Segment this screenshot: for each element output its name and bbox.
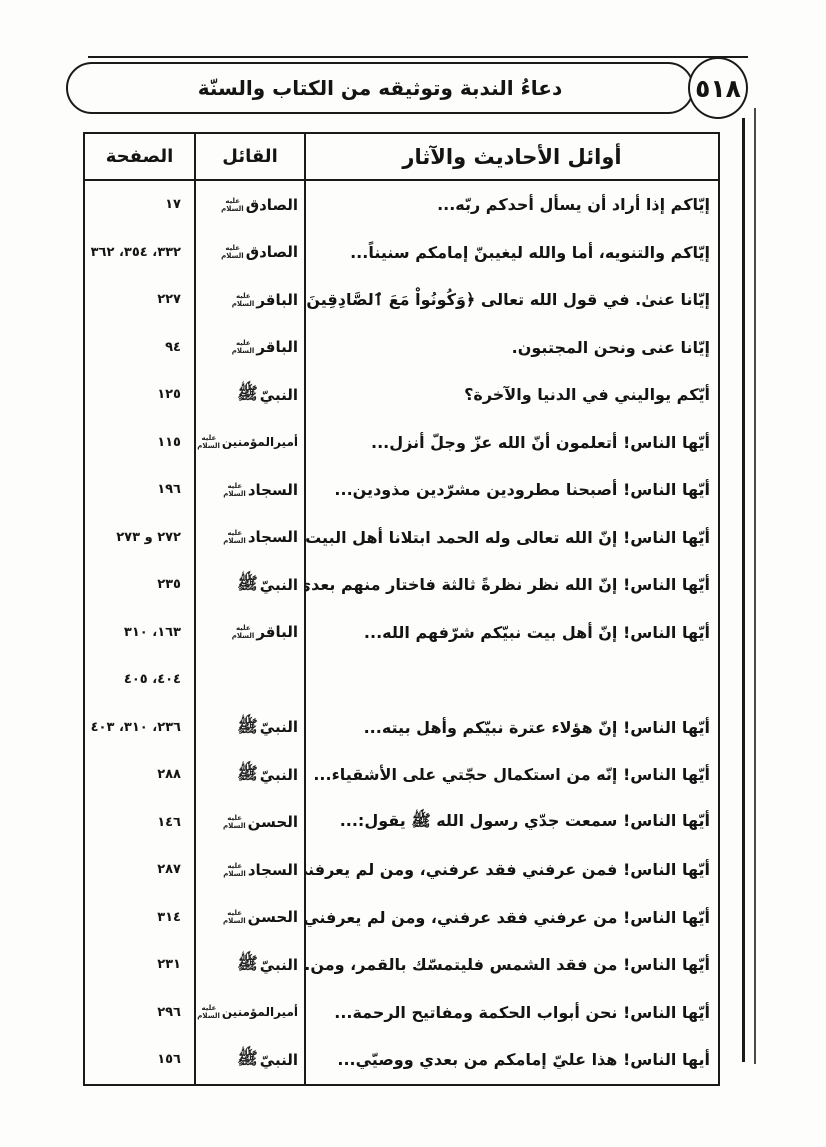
- chapter-title: دعاءُ الندبة وتوثيقه من الكتاب والسنّة: [198, 76, 562, 100]
- honorific-symbol: ﷺ: [237, 576, 258, 593]
- page-number-badge: ٥١٨: [688, 57, 748, 119]
- margin-rule-outer: [754, 108, 756, 1064]
- speaker-cell: الصادقعليه السلام: [194, 181, 304, 229]
- page-number-cell: ٢٣٥: [85, 561, 194, 609]
- table-row: أيها الناس! هذا عليّ إمامكم من بعدي ووصي…: [85, 1036, 718, 1084]
- speaker-name: الباقر: [256, 291, 298, 309]
- table-row: أيّها الناس! إنّ هؤلاء عترة نبيّكم وأهل …: [85, 704, 718, 752]
- hadith-text: أيّها الناس! إنّ أهل بيت نبيّكم شرّفهم ا…: [304, 609, 718, 657]
- speaker-name: السجاد: [248, 528, 298, 546]
- hadith-text: أيّها الناس! إنّ الله نظر نظرةً ثالثة فا…: [304, 561, 718, 609]
- honorific-symbol: عليه السلام: [232, 624, 254, 640]
- speaker-cell: النبيّﷺ: [194, 561, 304, 609]
- honorific-symbol: ﷺ: [237, 956, 258, 973]
- honorific-symbol: ﷺ: [237, 386, 258, 403]
- speaker-cell: النبيّﷺ: [194, 704, 304, 752]
- hadith-text: إيّاكم إذا أراد أن يسأل أحدكم ربّه...: [304, 181, 718, 229]
- book-page: دعاءُ الندبة وتوثيقه من الكتاب والسنّة ٥…: [0, 0, 826, 1147]
- header-rule: [88, 56, 748, 58]
- page-number-cell: ٢٧٢ و ٢٧٣: [85, 514, 194, 562]
- table-row: أيّكم يواليني في الدنيا والآخرة؟ النبيّﷺ…: [85, 371, 718, 419]
- hadith-text: أيّها الناس! من عرفني فقد عرفني، ومن لم …: [304, 894, 718, 942]
- speaker-name: الحسن: [248, 908, 298, 926]
- table-row: إيّانا عنى ونحن المجتبون. الباقرعليه الس…: [85, 324, 718, 372]
- speaker-cell: الباقرعليه السلام: [194, 324, 304, 372]
- speaker-name: الحسن: [248, 813, 298, 831]
- chapter-title-box: دعاءُ الندبة وتوثيقه من الكتاب والسنّة: [66, 62, 694, 114]
- speaker-name: أميرالمؤمنين: [222, 435, 298, 449]
- speaker-cell: الحسنعليه السلام: [194, 894, 304, 942]
- honorific-symbol: عليه السلام: [232, 339, 254, 355]
- speaker-cell: السجادعليه السلام: [194, 846, 304, 894]
- speaker-name: الصادق: [246, 243, 298, 261]
- speaker-cell: الصادقعليه السلام: [194, 229, 304, 277]
- page-number-cell: ٢٣٦، ٣١٠، ٤٠٣: [85, 704, 194, 752]
- page-number-cell: ١٥٦: [85, 1036, 194, 1084]
- hadith-text: أيّها الناس! إنّ هؤلاء عترة نبيّكم وأهل …: [304, 704, 718, 752]
- speaker-name: الباقر: [256, 338, 298, 356]
- hadith-text: أيّكم يواليني في الدنيا والآخرة؟: [304, 371, 718, 419]
- table-row: أيّها الناس! إنّه من استكمال حجّتي على ا…: [85, 751, 718, 799]
- page-number: ٥١٨: [695, 74, 741, 103]
- speaker-name: السجاد: [248, 861, 298, 879]
- honorific-symbol: عليه السلام: [222, 244, 244, 260]
- table-row: إيّانا عنىٰ. في قول الله تعالى ﴿وَكُونُو…: [85, 276, 718, 324]
- honorific-symbol: ﷺ: [237, 766, 258, 783]
- hadith-text: أيّها الناس! أصبحنا مطرودين مشرّدين مذود…: [304, 466, 718, 514]
- honorific-symbol: عليه السلام: [222, 197, 244, 213]
- honorific-symbol: ﷺ: [237, 719, 258, 736]
- honorific-symbol: عليه السلام: [224, 862, 246, 878]
- page-number-cell: ١١٥: [85, 419, 194, 467]
- hadith-text: أيّها الناس! أتعلمون أنّ الله عزّ وجلّ أ…: [304, 419, 718, 467]
- honorific-symbol: عليه السلام: [224, 909, 246, 925]
- table-header-row: أوائل الأحاديث والآثار القائل الصفحة: [85, 134, 718, 181]
- page-number-cell: ٢٩٦: [85, 989, 194, 1037]
- margin-rule-inner: [742, 118, 745, 1062]
- page-number-cell: ٤٠٤، ٤٠٥: [85, 656, 194, 704]
- speaker-name: النبيّ: [260, 718, 298, 736]
- speaker-cell: [194, 656, 304, 704]
- speaker-cell: السجادعليه السلام: [194, 466, 304, 514]
- page-number-cell: ١٦٣، ٣١٠: [85, 609, 194, 657]
- page-number-cell: ٢٨٨: [85, 751, 194, 799]
- table-row: أيّها الناس! سمعت جدّي رسول الله ﷺ يقول:…: [85, 799, 718, 847]
- speaker-name: النبيّ: [260, 1051, 298, 1069]
- column-header-page: الصفحة: [85, 134, 194, 179]
- table-row: أيّها الناس! فمن عرفني فقد عرفني، ومن لم…: [85, 846, 718, 894]
- hadith-text: أيّها الناس! من فقد الشمس فليتمسّك بالقم…: [304, 941, 718, 989]
- table-row: أيّها الناس! من فقد الشمس فليتمسّك بالقم…: [85, 941, 718, 989]
- table-row: إيّاكم والتنويه، أما والله ليغيبنّ إمامك…: [85, 229, 718, 277]
- hadith-text: [304, 656, 718, 704]
- hadith-text: إيّاكم والتنويه، أما والله ليغيبنّ إمامك…: [304, 229, 718, 277]
- page-number-cell: ٢٨٧: [85, 846, 194, 894]
- page-number-cell: ٢٣١: [85, 941, 194, 989]
- column-header-speaker: القائل: [194, 134, 304, 179]
- page-number-cell: ١٧: [85, 181, 194, 229]
- page-number-cell: ١٢٥: [85, 371, 194, 419]
- table-row: أيّها الناس! أتعلمون أنّ الله عزّ وجلّ أ…: [85, 419, 718, 467]
- table-row-continuation: ٤٠٤، ٤٠٥: [85, 656, 718, 704]
- index-table: أوائل الأحاديث والآثار القائل الصفحة إيّ…: [83, 132, 720, 1086]
- speaker-name: النبيّ: [260, 386, 298, 404]
- hadith-text: أيّها الناس! إنّه من استكمال حجّتي على ا…: [304, 751, 718, 799]
- speaker-cell: السجادعليه السلام: [194, 514, 304, 562]
- speaker-cell: أميرالمؤمنينعليه السلام: [194, 419, 304, 467]
- honorific-symbol: ﷺ: [237, 1051, 258, 1068]
- speaker-name: أميرالمؤمنين: [222, 1005, 298, 1019]
- hadith-text: أيها الناس! هذا عليّ إمامكم من بعدي ووصي…: [304, 1036, 718, 1084]
- page-number-cell: ٢٢٧: [85, 276, 194, 324]
- speaker-cell: الباقرعليه السلام: [194, 609, 304, 657]
- honorific-symbol: عليه السلام: [198, 1004, 220, 1020]
- honorific-symbol: عليه السلام: [224, 814, 246, 830]
- honorific-symbol: عليه السلام: [232, 292, 254, 308]
- speaker-cell: الحسنعليه السلام: [194, 799, 304, 847]
- page-number-cell: ٣١٤: [85, 894, 194, 942]
- honorific-symbol: عليه السلام: [224, 529, 246, 545]
- speaker-name: النبيّ: [260, 956, 298, 974]
- column-header-hadith: أوائل الأحاديث والآثار: [304, 134, 718, 179]
- hadith-text: أيّها الناس! سمعت جدّي رسول الله ﷺ يقول:…: [304, 799, 718, 847]
- table-row: إيّاكم إذا أراد أن يسأل أحدكم ربّه... ال…: [85, 181, 718, 229]
- speaker-cell: النبيّﷺ: [194, 1036, 304, 1084]
- speaker-cell: الباقرعليه السلام: [194, 276, 304, 324]
- speaker-cell: أميرالمؤمنينعليه السلام: [194, 989, 304, 1037]
- page-number-cell: ٩٤: [85, 324, 194, 372]
- hadith-text: إيّانا عنىٰ. في قول الله تعالى ﴿وَكُونُو…: [304, 276, 718, 324]
- honorific-symbol: عليه السلام: [224, 482, 246, 498]
- table-row: أيّها الناس! إنّ الله نظر نظرةً ثالثة فا…: [85, 561, 718, 609]
- speaker-name: الباقر: [256, 623, 298, 641]
- table-row: أيّها الناس! نحن أبواب الحكمة ومفاتيح ال…: [85, 989, 718, 1037]
- speaker-name: النبيّ: [260, 766, 298, 784]
- table-row: أيّها الناس! إنّ الله تعالى وله الحمد اب…: [85, 514, 718, 562]
- speaker-cell: النبيّﷺ: [194, 941, 304, 989]
- speaker-name: السجاد: [248, 481, 298, 499]
- page-number-cell: ٣٣٢، ٣٥٤، ٣٦٢: [85, 229, 194, 277]
- speaker-name: النبيّ: [260, 576, 298, 594]
- hadith-text: أيّها الناس! نحن أبواب الحكمة ومفاتيح ال…: [304, 989, 718, 1037]
- table-row: أيّها الناس! أصبحنا مطرودين مشرّدين مذود…: [85, 466, 718, 514]
- hadith-text: أيّها الناس! إنّ الله تعالى وله الحمد اب…: [304, 514, 718, 562]
- hadith-text: أيّها الناس! فمن عرفني فقد عرفني، ومن لم…: [304, 846, 718, 894]
- speaker-cell: النبيّﷺ: [194, 751, 304, 799]
- table-row: أيّها الناس! من عرفني فقد عرفني، ومن لم …: [85, 894, 718, 942]
- speaker-name: الصادق: [246, 196, 298, 214]
- page-number-cell: ١٩٦: [85, 466, 194, 514]
- honorific-symbol: عليه السلام: [198, 434, 220, 450]
- page-number-cell: ١٤٦: [85, 799, 194, 847]
- speaker-cell: النبيّﷺ: [194, 371, 304, 419]
- table-row: أيّها الناس! إنّ أهل بيت نبيّكم شرّفهم ا…: [85, 609, 718, 657]
- hadith-text: إيّانا عنى ونحن المجتبون.: [304, 324, 718, 372]
